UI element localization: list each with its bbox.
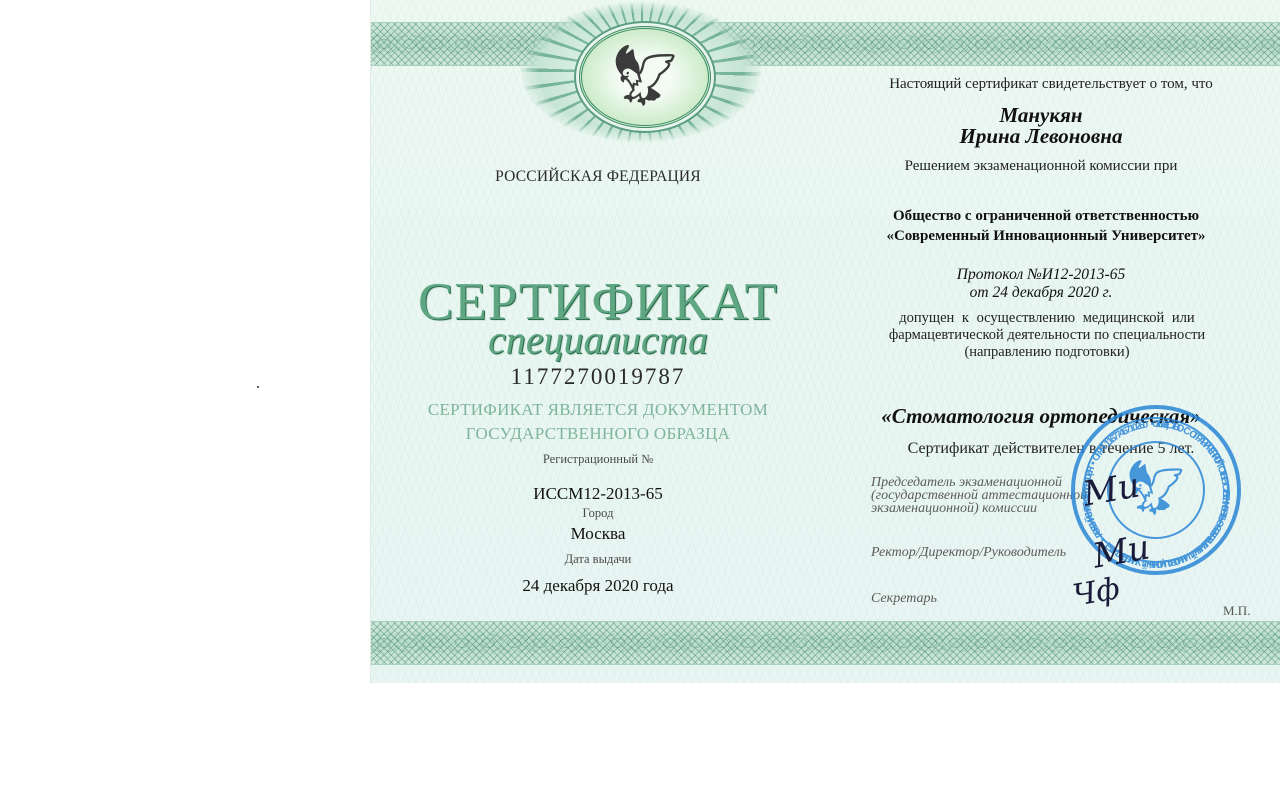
certificate-document: 🦅︎ РОССИЙСКАЯ ФЕДЕРАЦИЯ СЕРТИФИКАТ специ… (370, 0, 1280, 683)
scan-speck (257, 386, 259, 388)
organization-line1: Общество с ограниченной ответственностью (846, 208, 1246, 225)
secretary-label: Секретарь (871, 591, 937, 607)
holder-surname: Манукян (841, 104, 1241, 126)
admission-text-line2: фармацевтической деятельности по специал… (847, 327, 1247, 344)
rector-label: Ректор/Директор/Руководитель (871, 545, 1066, 561)
organization-line2: «Современный Инновационный Университет» (846, 228, 1246, 245)
seal-place-mark: М.П. (1223, 603, 1250, 619)
chair-label-line3: экзаменационной) комиссии (871, 501, 1037, 517)
city-value: Москва (371, 524, 825, 544)
emblem-rosette: 🦅︎ (521, 0, 761, 150)
issue-date-label: Дата выдачи (371, 552, 825, 567)
intro-text: Настоящий сертификат свидетельствует о т… (851, 76, 1251, 93)
certificate-subtitle: специалиста (371, 318, 825, 362)
state-document-notice-line2: ГОСУДАРСТВЕННОГО ОБРАЗЦА (371, 424, 825, 444)
protocol-date: от 24 декабря 2020 г. (841, 284, 1241, 302)
russian-coat-of-arms-icon: 🦅︎ (582, 37, 708, 115)
admission-text-line3: (направлению подготовки) (847, 344, 1247, 361)
admission-text-line1: допущен к осуществлению медицинской или (847, 310, 1247, 327)
registration-number: ИССМ12-2013-65 (371, 484, 825, 504)
bottom-ornamental-band (371, 621, 1280, 665)
issue-date-value: 24 декабря 2020 года (371, 576, 825, 596)
protocol-number: Протокол №И12-2013-65 (841, 266, 1241, 284)
serial-number: 1177270019787 (371, 364, 825, 390)
country-name: РОССИЙСКАЯ ФЕДЕРАЦИЯ (371, 168, 825, 186)
city-label: Город (371, 506, 825, 521)
registration-label: Регистрационный № (371, 452, 825, 467)
holder-given-names: Ирина Левоновна (841, 125, 1241, 147)
state-document-notice-line1: СЕРТИФИКАТ ЯВЛЯЕТСЯ ДОКУМЕНТОМ (371, 400, 825, 420)
decision-text: Решением экзаменационной комиссии при (841, 158, 1241, 175)
emblem-oval: 🦅︎ (579, 26, 711, 128)
